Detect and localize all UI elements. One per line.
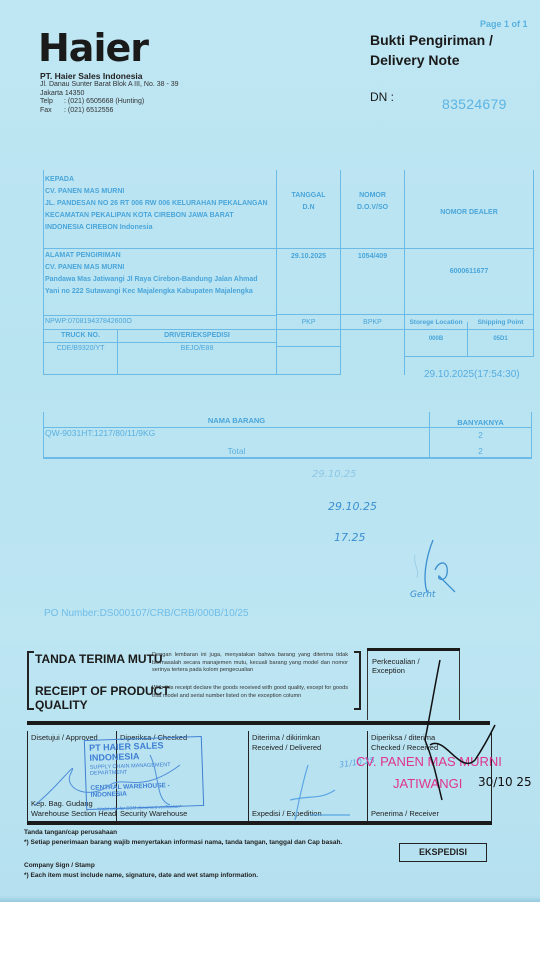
document-title-line-2: Delivery Note (370, 50, 493, 70)
handwritten-signer: Gerht (410, 590, 435, 600)
handwritten-time: 17.25 (334, 531, 366, 544)
company-address: Jl. Danau Sunter Barat Blok A III, No. 3… (40, 81, 179, 115)
phone-value: : (021) 6505668 (Hunting) (64, 98, 144, 107)
shipping-name: CV. PANEN MAS MURNI (45, 262, 275, 274)
shipping-heading: ALAMAT PENGIRIMAN (45, 250, 275, 262)
bpkp-label: BPKP (341, 317, 404, 329)
shipping-address-1: Pandawa Mas Jatiwangi Jl Raya Cirebon-Ba… (45, 274, 275, 286)
item-name: QW-9031HT:1217/80/11/9KG (45, 428, 155, 438)
printed-timestamp: 29.10.2025(17:54:30) (424, 369, 520, 380)
col-banyaknya: BANYAKNYA (430, 418, 531, 427)
receipt-title-id: TANDA TERIMA MUTU (35, 652, 163, 666)
bottom-separator-line (27, 821, 492, 825)
total-label: Total (44, 446, 429, 456)
nomor-do-value: 1054/409 (341, 251, 404, 263)
driver-name: BEJO/E88 (118, 343, 276, 355)
shipping-point-label: Shipping Point (468, 317, 533, 329)
total-qty: 2 (430, 446, 531, 456)
recipient-name: CV. PANEN MAS MURNI (45, 186, 275, 198)
shipping-block: ALAMAT PENGIRIMAN CV. PANEN MAS MURNI Pa… (45, 250, 275, 298)
fax-row: Fax : (021) 6512556 (40, 107, 179, 116)
footer-sign-id: Tanda tangan/cap perusahaan (24, 828, 342, 838)
pkp-label: PKP (277, 317, 340, 329)
footer-notes-en: Company Sign / Stamp *) Each item must i… (24, 861, 258, 881)
storage-location-value: 000B (405, 333, 467, 345)
footer-sign-en: Company Sign / Stamp (24, 861, 258, 871)
footer-note-id: *) Setiap penerimaan barang wajib menyer… (24, 838, 342, 848)
receiver-date-note: 30/10 25 (478, 775, 532, 789)
item-qty: 2 (430, 430, 531, 440)
receipt-title-en-line-1: RECEIPT OF PRODUCT (35, 684, 170, 698)
address-line-2: Jakarta 14350 (40, 90, 179, 99)
fax-label: Fax (40, 107, 64, 116)
receipt-title-en: RECEIPT OF PRODUCT QUALITY (35, 684, 170, 712)
recipient-address-2: KECAMATAN PEKALIPAN KOTA CIREBON JAWA BA… (45, 210, 275, 222)
receipt-text-id: Dengan lembaran ini juga, menyatakan bah… (152, 652, 348, 675)
receiver-signature-black-icon (400, 645, 520, 815)
document-title: Bukti Pengiriman / Delivery Note (370, 30, 493, 70)
phone-label: Telp (40, 98, 64, 107)
npwp: NPWP:070819437842600O (45, 316, 132, 328)
tanggal-dn-value: 29.10.2025 (277, 251, 340, 263)
receipt-text-en: With this receipt declare the goods rece… (152, 685, 348, 700)
recipient-block: KEPADA CV. PANEN MAS MURNI JL. PANDESAN … (45, 174, 275, 234)
col-tanggal-dn: TANGGAL D.N (277, 190, 340, 214)
col-nomor-do: NOMOR D.O.V/SO (341, 190, 404, 214)
truck-label: TRUCK NO. (44, 330, 117, 342)
company-name: PT. Haier Sales Indonesia (40, 71, 143, 81)
label-received-delivered-2: Received / Delivered (252, 743, 321, 753)
dn-number: 83524679 (442, 96, 507, 112)
col-nomor-dealer: NOMOR DEALER (405, 207, 533, 219)
haier-logo: Haier (38, 26, 148, 70)
approver-signature-icon (30, 745, 190, 815)
recipient-heading: KEPADA (45, 174, 275, 186)
driver-label: DRIVER/EKSPEDISI (118, 330, 276, 342)
nomor-dealer-value: 6000611677 (405, 266, 533, 278)
recipient-address-1: JL. PANDESAN NO 26 RT 006 RW 006 KELURAH… (45, 198, 275, 210)
truck-no: CDE/B9320/YT (44, 343, 117, 355)
recipient-address-3: INDONESIA CIREBON Indonesia (45, 222, 275, 234)
handwritten-date: 29.10.25 (328, 500, 377, 513)
footer-notes-id: Tanda tangan/cap perusahaan *) Setiap pe… (24, 828, 342, 848)
receipt-title-en-line-2: QUALITY (35, 698, 170, 712)
dn-label: DN : (370, 90, 394, 104)
copy-label-ekspedisi: EKSPEDISI (399, 843, 487, 862)
shipping-point-value: 05D1 (468, 333, 533, 345)
left-bracket (27, 651, 34, 710)
document-title-line-1: Bukti Pengiriman / (370, 30, 493, 50)
storage-location-label: Storege Location (405, 317, 467, 329)
fax-value: : (021) 6512556 (64, 107, 113, 116)
address-line-1: Jl. Danau Sunter Barat Blok A III, No. 3… (40, 81, 179, 90)
phone-row: Telp : (021) 6505668 (Hunting) (40, 98, 179, 107)
po-number: PO Number:DS000107/CRB/CRB/000B/10/25 (44, 608, 249, 619)
shipping-address-2: Yani no 222 Sutawangi Kec Majalengka Kab… (45, 286, 275, 298)
right-bracket (354, 651, 361, 710)
delivery-note-page: Haier PT. Haier Sales Indonesia Jl. Dana… (0, 0, 540, 902)
footer-note-en: *) Each item must include name, signatur… (24, 871, 258, 881)
faint-handwritten-note: 29.10.25 (312, 469, 357, 480)
col-nama-barang: NAMA BARANG (44, 416, 429, 425)
page-indicator: Page 1 of 1 (480, 19, 528, 29)
label-received-delivered: Diterima / dikirimkan Received / Deliver… (252, 733, 321, 752)
label-received-delivered-1: Diterima / dikirimkan (252, 733, 321, 743)
